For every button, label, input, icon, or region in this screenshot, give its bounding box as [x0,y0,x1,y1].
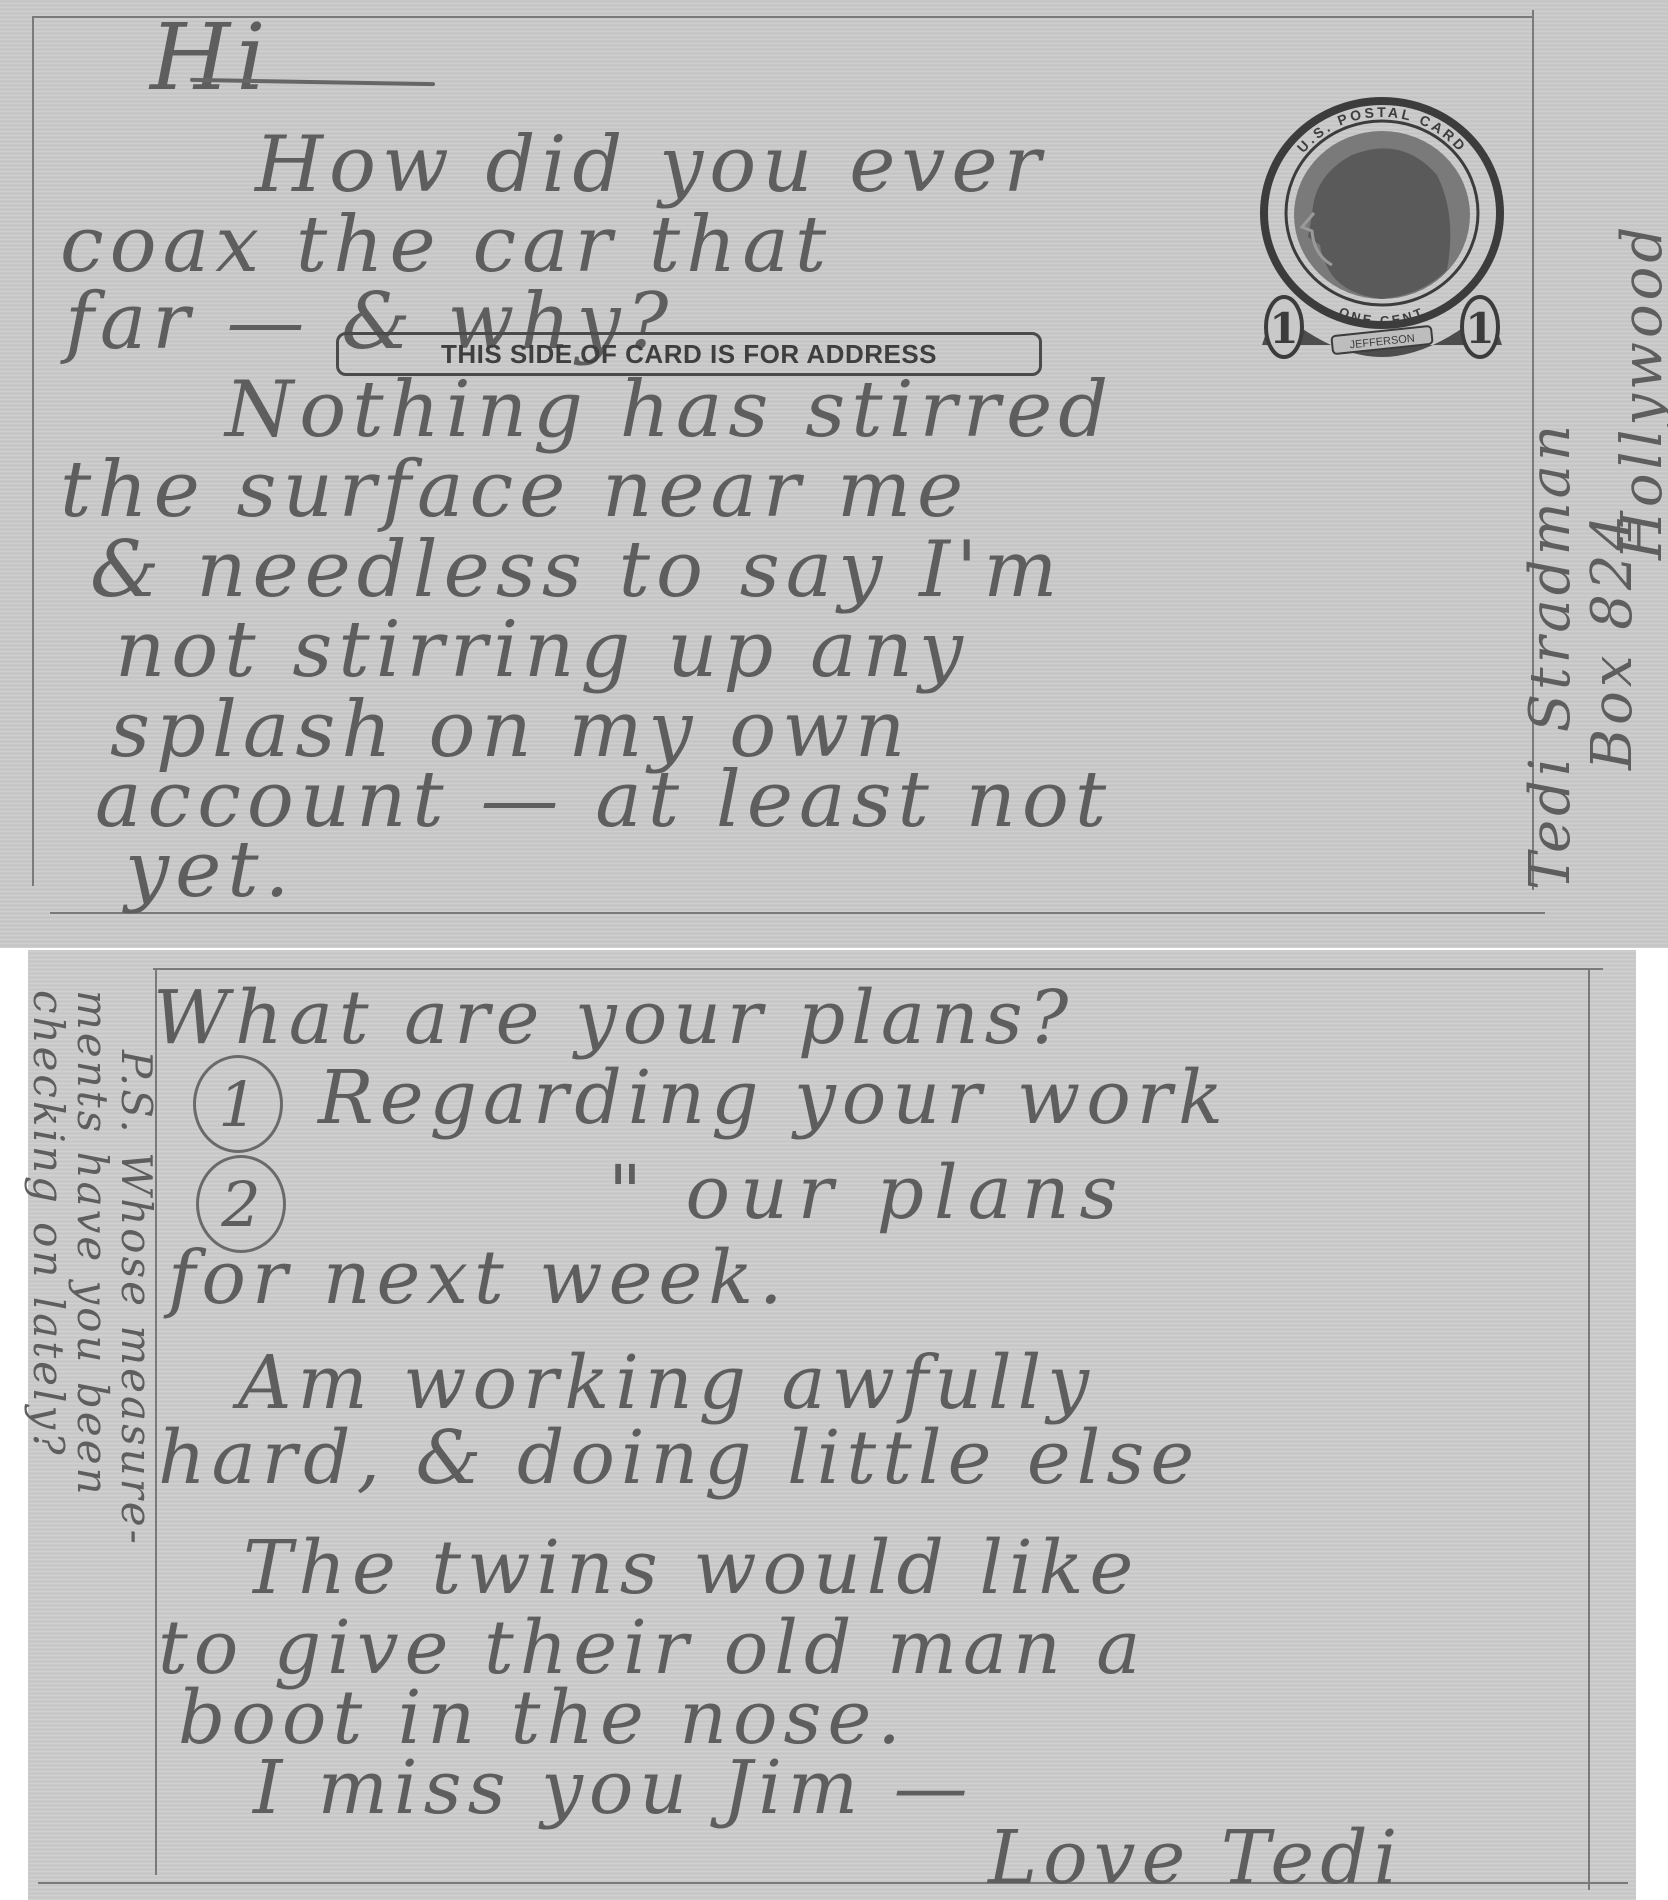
list-number-1: 1 [193,1055,283,1153]
text-line-5: Am working awfully [238,1345,1095,1421]
return-address-name: Tedi Stradman [1520,421,1582,890]
ps-line-1: P.S. Whose measure- [114,990,158,1547]
text-line-4: for next week. [168,1240,789,1316]
border-right [1588,970,1590,1890]
text-line-10: I miss you Jim — [253,1750,974,1826]
greeting: Hi [150,18,272,98]
text-line-10: yet. [125,830,295,910]
postage-stamp: 1 1 JEFFERSON U.S. POSTAL CARD ONE CENT [1252,95,1512,373]
text-line-1: How did you ever [255,125,1047,205]
border-top [153,968,1603,970]
text-line-6: & needless to say I'm [90,530,1063,610]
return-address-city: Hollywood [1612,223,1668,560]
text-line-5: the surface near me [60,450,969,530]
ps-line-2: ments have you been [70,990,114,1547]
text-line-4: Nothing has stirred [225,370,1114,450]
postcard-back: What are your plans? 1 Regarding your wo… [28,950,1636,1900]
text-line-1: What are your plans? [153,980,1074,1056]
svg-text:1: 1 [1465,304,1494,353]
ps-line-3: checking on lately? [26,990,70,1547]
text-line-7: The twins would like [243,1530,1139,1606]
text-line-6: hard, & doing little else [158,1420,1200,1496]
text-line-3: " our plans [608,1155,1127,1231]
postscript-note: P.S. Whose measure- ments have you been … [26,990,158,1547]
text-line-2: Regarding your work [318,1060,1229,1136]
border-left [32,16,34,886]
signature: Love Tedi [988,1820,1403,1896]
svg-text:1: 1 [1269,304,1298,353]
jefferson-portrait-icon: 1 1 JEFFERSON U.S. POSTAL CARD ONE CENT [1252,95,1512,373]
text-line-2: coax the car that [60,205,832,285]
text-line-7: not stirring up any [115,610,969,690]
postcard-front: Hi How did you ever coax the car that fa… [0,0,1668,948]
